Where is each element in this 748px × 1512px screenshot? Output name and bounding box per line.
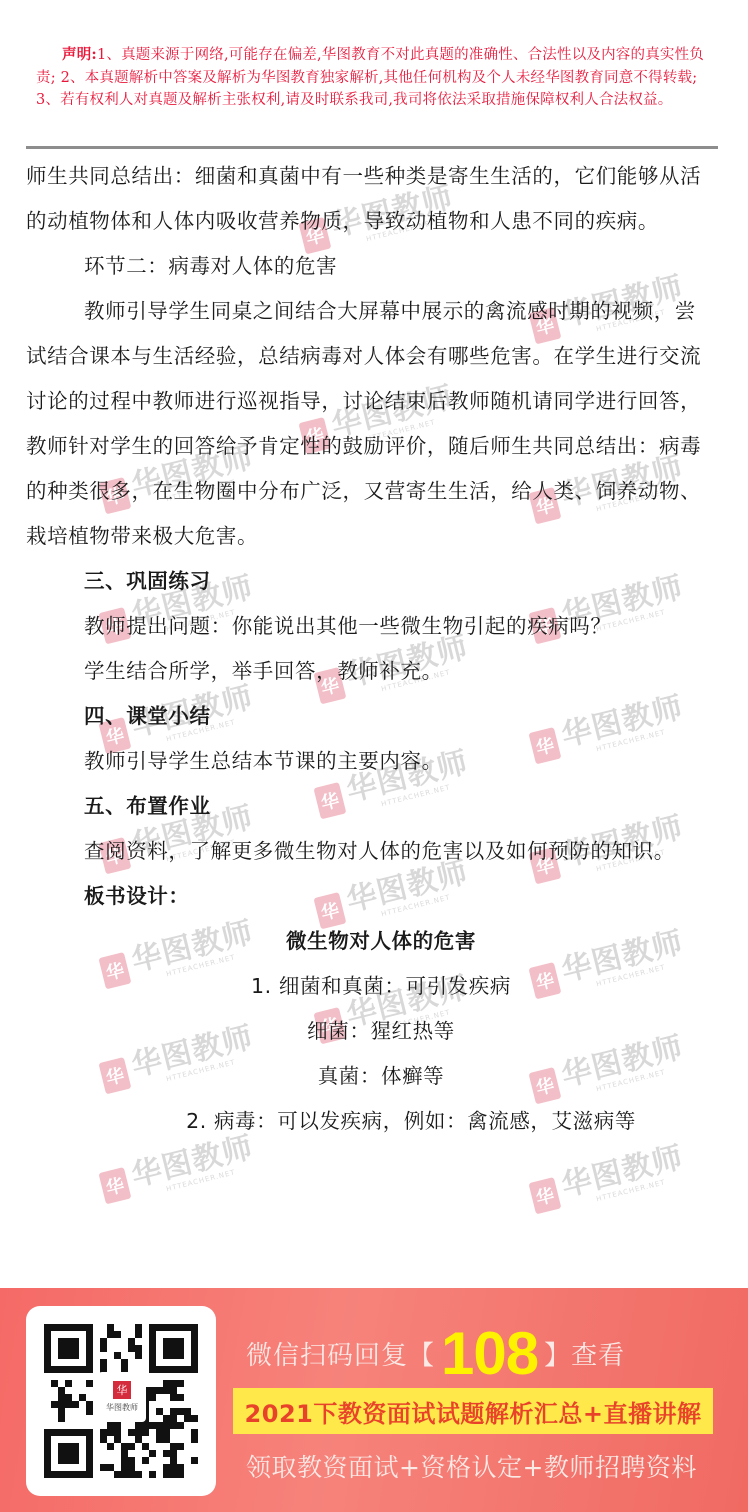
board-design-label: 板书设计： [26, 874, 716, 919]
brand-name: 华图教师 [106, 1402, 138, 1413]
promo-banner[interactable]: 华 华图教师 微信扫码回复 【 108 】 查看 2021下教资面试试题解析汇总… [0, 1288, 748, 1512]
paragraph-summary-bacteria: 师生共同总结出：细菌和真菌中有一些种类是寄生生活的，它们能够从活的动植物体和人体… [26, 154, 716, 244]
disclaimer-text: 1、真题来源于网络,可能存在偏差,华图教育不对此真题的准确性、合法性以及内容的真… [36, 47, 704, 108]
bracket-close: 】 [544, 1335, 571, 1372]
heading-practice: 三、巩固练习 [26, 559, 716, 604]
watermark-logo-icon: 华 [528, 1177, 561, 1214]
board-line-3: 真菌：体癣等 [26, 1054, 716, 1099]
brand-logo-icon: 华 [113, 1381, 131, 1399]
board-title: 微生物对人体的危害 [26, 919, 716, 964]
paragraph-virus-activity: 教师引导学生同桌之间结合大屏幕中展示的禽流感时期的视频，尝试结合课本与生活经验，… [26, 289, 716, 559]
heading-summary: 四、课堂小结 [26, 694, 716, 739]
disclaimer: 声明:1、真题来源于网络,可能存在偏差,华图教育不对此真题的准确性、合法性以及内… [36, 44, 712, 112]
watermark: 华华图教师HTTEACHER.NET [527, 1142, 688, 1219]
divider [26, 146, 718, 149]
wechat-scan-line: 微信扫码回复 【 108 】 查看 [246, 1318, 625, 1388]
watermark-logo-icon: 华 [98, 1167, 131, 1204]
scan-prefix: 微信扫码回复 [246, 1335, 408, 1372]
reply-code: 108 [441, 1319, 538, 1388]
summary-text: 教师引导学生总结本节课的主要内容。 [26, 739, 716, 784]
section-title-virus-harm: 环节二：病毒对人体的危害 [26, 244, 716, 289]
heading-homework: 五、布置作业 [26, 784, 716, 829]
board-line-1: 1. 细菌和真菌：可引发疾病 [26, 964, 716, 1009]
bracket-open: 【 [408, 1335, 435, 1372]
board-line-2: 细菌：猩红热等 [26, 1009, 716, 1054]
board-line-4: 2. 病毒：可以发疾病，例如：禽流感，艾滋病等 [26, 1099, 716, 1144]
scan-suffix: 查看 [571, 1335, 625, 1372]
homework-text: 查阅资料，了解更多微生物对人体的危害以及如何预防的知识。 [26, 829, 716, 874]
practice-answer: 学生结合所学，举手回答，教师补充。 [26, 649, 716, 694]
qr-code-card[interactable]: 华 华图教师 [26, 1306, 216, 1496]
highlight-strip: 2021下教资面试试题解析汇总+直播讲解 [233, 1388, 713, 1434]
disclaimer-lead: 声明: [62, 46, 97, 63]
document-body: 师生共同总结出：细菌和真菌中有一些种类是寄生生活的，它们能够从活的动植物体和人体… [26, 154, 716, 1144]
qr-center-logo: 华 华图教师 [98, 1372, 146, 1422]
practice-question: 教师提出问题：你能说出其他一些微生物引起的疾病吗？ [26, 604, 716, 649]
resources-line: 领取教资面试+资格认定+教师招聘资料 [246, 1448, 697, 1484]
